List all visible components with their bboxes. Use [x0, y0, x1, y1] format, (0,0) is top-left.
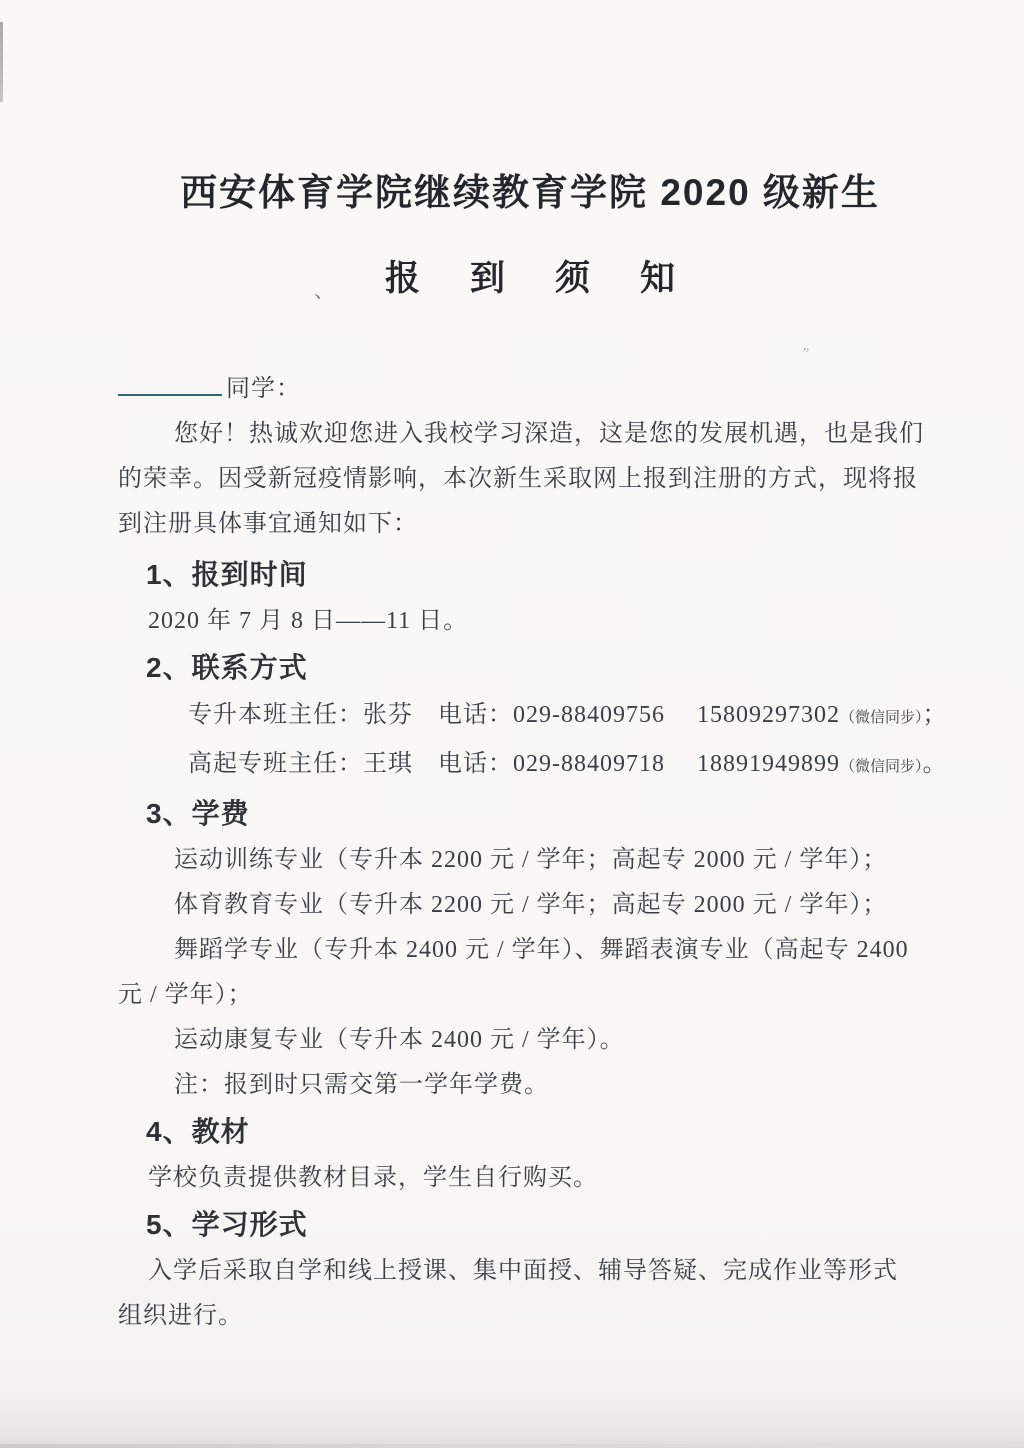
name-blank-underline	[118, 393, 222, 396]
tuition-line-dance-wrap: 元 / 学年）；	[118, 973, 942, 1018]
contact-main-1: 专升本班主任：张芬 电话：029-88409756 15809297302	[188, 702, 840, 728]
document-title: 西安体育学院继续教育学院 2020 级新生	[118, 168, 942, 218]
scan-edge-artifact-left	[0, 22, 3, 102]
wechat-note-2: （微信同步）	[840, 759, 923, 775]
scan-edge-artifact-bottom	[0, 1444, 1024, 1448]
notice-content: 西安体育学院继续教育学院 2020 级新生 、 报到须知 同学： 您好！热诚欢迎…	[118, 168, 942, 1339]
contact-tail-1: ；	[923, 702, 948, 728]
section-heading-report-time: 1、报到时间	[146, 551, 942, 599]
salutation-line: 同学：	[118, 367, 942, 412]
contact-line-zhuanshengben: 专升本班主任：张芬 电话：029-88409756 15809297302（微信…	[188, 692, 942, 741]
tuition-line-dance: 舞蹈学专业（专升本 2400 元 / 学年）、舞蹈表演专业（高起专 2400	[174, 928, 942, 973]
study-form-line-1: 入学后采取自学和线上授课、集中面授、辅导答疑、完成作业等形式	[148, 1249, 942, 1294]
contact-line-gaoqizhuan: 高起专班主任：王琪 电话：029-88409718 18891949899（微信…	[188, 741, 942, 790]
tuition-line-sport-training: 运动训练专业（专升本 2200 元 / 学年；高起专 2000 元 / 学年）；	[174, 838, 942, 883]
document-subtitle: 报到须知	[335, 256, 725, 302]
intro-line-2: 的荣幸。因受新冠疫情影响，本次新生采取网上报到注册的方式，现将报	[118, 457, 942, 502]
contact-tail-2: 。	[923, 751, 948, 777]
study-form-line-2: 组织进行。	[118, 1294, 942, 1339]
tuition-note-line: 注：报到时只需交第一学年学费。	[174, 1063, 942, 1108]
document-subtitle-row: 、 报到须知	[118, 256, 942, 309]
salutation-label: 同学：	[226, 376, 301, 402]
tuition-line-pe: 体育教育专业（专升本 2200 元 / 学年；高起专 2000 元 / 学年）；	[174, 883, 942, 928]
intro-line-1: 您好！热诚欢迎您进入我校学习深造，这是您的发展机遇，也是我们	[174, 412, 942, 457]
intro-line-3: 到注册具体事宜通知如下：	[118, 502, 942, 547]
contact-main-2: 高起专班主任：王琪 电话：029-88409718 18891949899	[188, 751, 840, 777]
section-heading-textbook: 4、教材	[146, 1108, 942, 1156]
scanned-notice-page: ” 西安体育学院继续教育学院 2020 级新生 、 报到须知 同学： 您好！热诚…	[0, 0, 1024, 1448]
scan-artifact-stray-comma: 、	[314, 268, 334, 314]
section-heading-study-form: 5、学习形式	[146, 1201, 942, 1249]
section-heading-contact: 2、联系方式	[146, 644, 942, 692]
textbook-line: 学校负责提供教材目录，学生自行购买。	[148, 1156, 942, 1201]
report-date-line: 2020 年 7 月 8 日——11 日。	[148, 599, 942, 644]
wechat-note-1: （微信同步）	[840, 710, 923, 726]
tuition-line-rehab: 运动康复专业（专升本 2400 元 / 学年）。	[174, 1018, 942, 1063]
section-heading-tuition: 3、学费	[146, 790, 942, 838]
